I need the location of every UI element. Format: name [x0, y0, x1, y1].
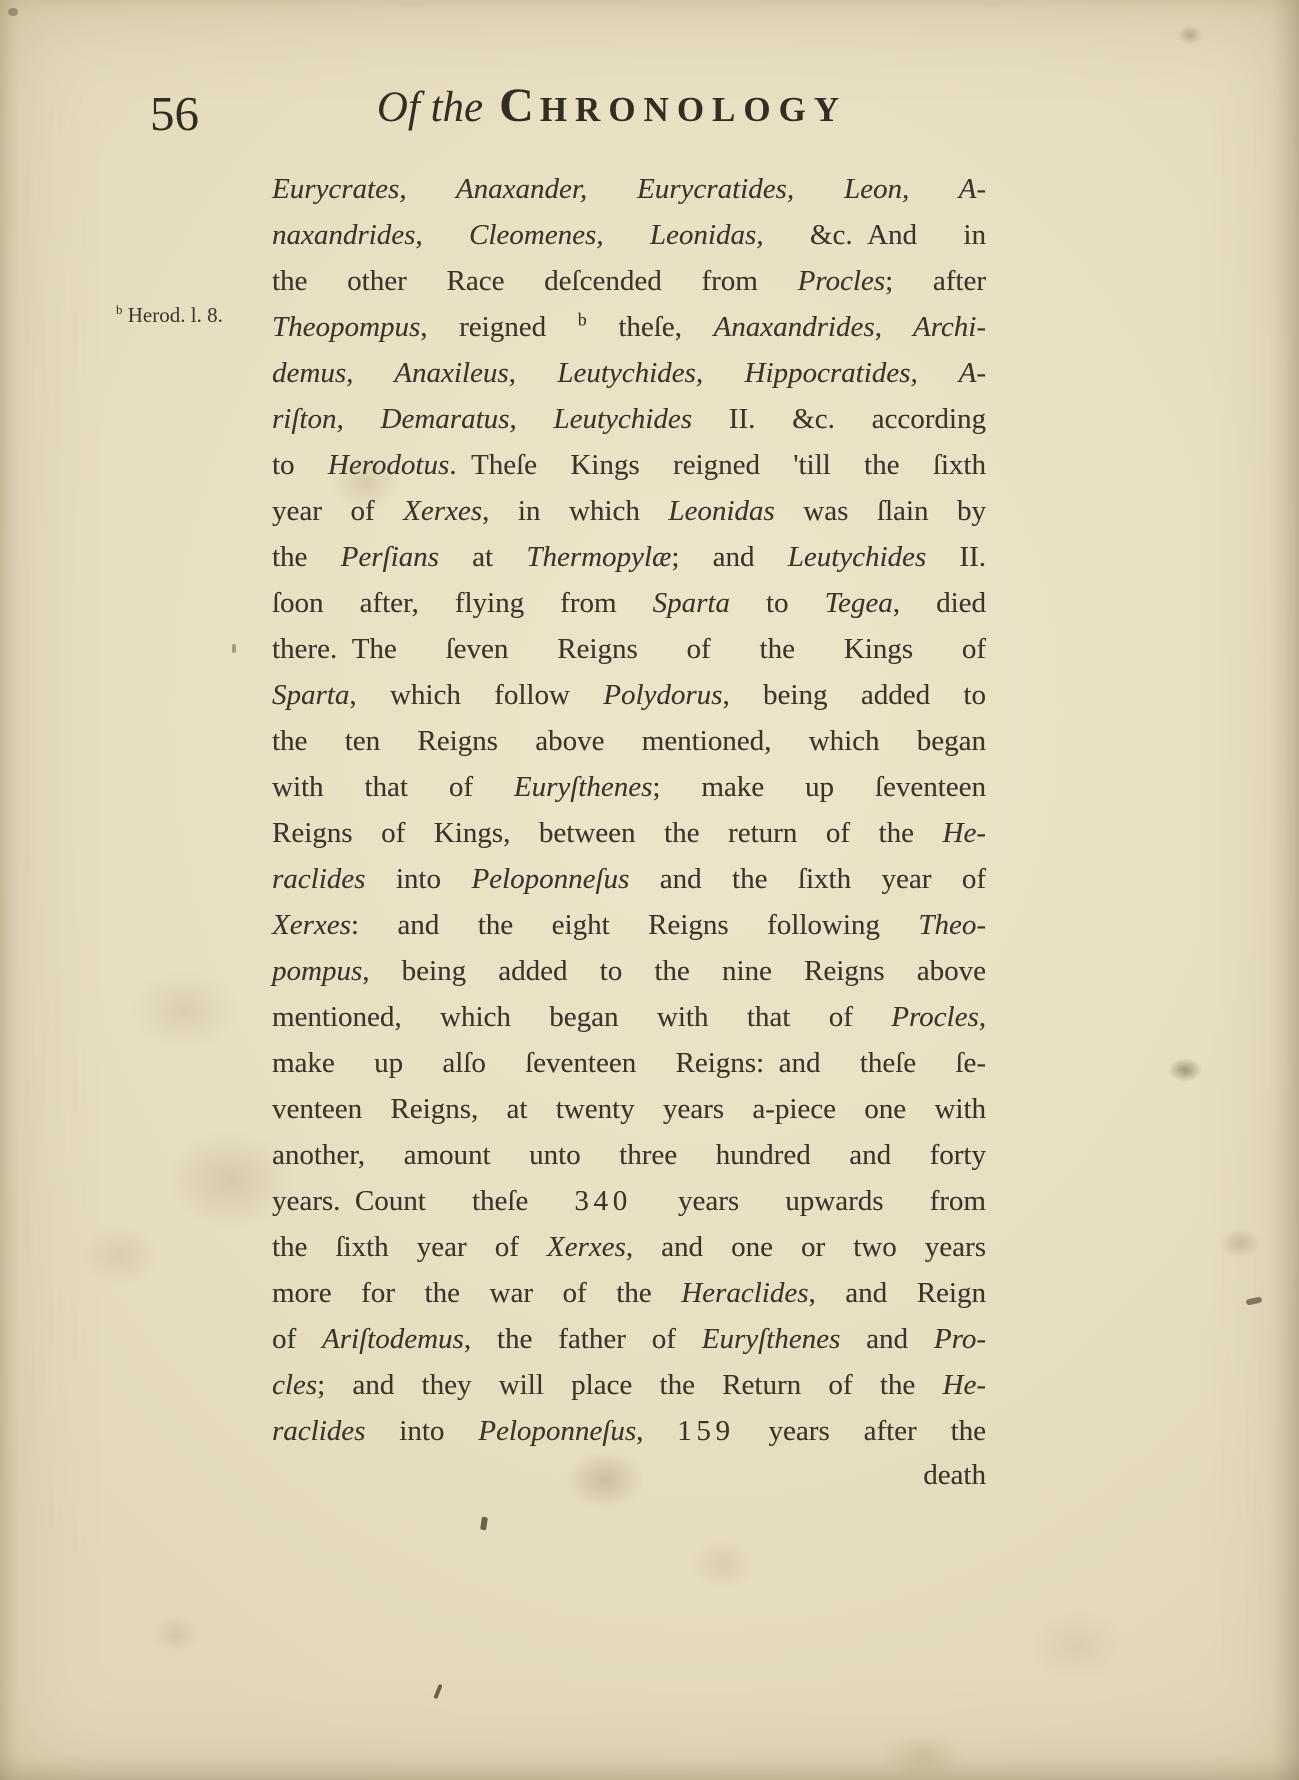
italic-text: Polydorus: [603, 679, 722, 711]
stain: [690, 1540, 755, 1588]
italic-text: raclides: [272, 863, 365, 895]
italic-text: He-: [943, 1369, 986, 1401]
text-line: the other Race deſcended from Procles; a…: [272, 258, 986, 304]
roman-text: ; and they will place the Return of the: [317, 1369, 942, 1401]
italic-text: Procles,: [891, 1001, 986, 1033]
roman-text: into: [365, 863, 471, 895]
text-line: pompus, being added to the nine Reigns a…: [272, 948, 986, 994]
stain: [130, 970, 240, 1050]
roman-text: year of: [272, 495, 403, 527]
roman-text: &c. And in: [764, 219, 986, 251]
italic-text: Xerxes: [403, 495, 482, 527]
italic-text: Peloponneſus: [471, 863, 629, 895]
roman-text: the other Race deſcended from: [272, 265, 798, 297]
italic-text: He-: [943, 817, 986, 849]
ink-speck: [1246, 1296, 1263, 1305]
roman-text: ; make up ſeventeen: [652, 771, 986, 803]
margin-note-ref-letter: b: [116, 302, 123, 317]
roman-text: Reigns of Kings, between the return of t…: [272, 817, 943, 849]
roman-text: another, amount unto three hundred and f…: [272, 1139, 986, 1171]
roman-text: , died: [893, 587, 986, 619]
stain: [1220, 1228, 1260, 1258]
roman-text: , which follow: [349, 679, 603, 711]
roman-text: ,: [636, 1415, 677, 1447]
roman-text: years. Count theſe: [272, 1185, 574, 1217]
page-edge-shadow-left: [0, 0, 18, 1780]
body-text: Eurycrates, Anaxander, Eurycratides, Leo…: [272, 166, 986, 1454]
ink-speck: [232, 644, 236, 653]
page-edge-shadow-right: [1271, 0, 1299, 1780]
roman-text: 340: [574, 1185, 631, 1217]
italic-text: Peloponneſus: [478, 1415, 636, 1447]
italic-text: Heraclides: [681, 1277, 808, 1309]
text-line: more for the war of the Heraclides, and …: [272, 1270, 986, 1316]
roman-text: the: [272, 541, 341, 573]
italic-text: Thermopylæ: [526, 541, 671, 573]
italic-text: Perſians: [341, 541, 439, 573]
roman-text: years upwards from: [632, 1185, 986, 1217]
text-line: the Perſians at Thermopylæ; and Leutychi…: [272, 534, 986, 580]
roman-text: mentioned, which began with that of: [272, 1001, 891, 1033]
text-line: to Herodotus. Theſe Kings reigned 'till …: [272, 442, 986, 488]
roman-text: , being added to the nine Reigns above: [362, 955, 986, 987]
stain: [1178, 26, 1202, 44]
text-line: Xerxes: and the eight Reigns following T…: [272, 902, 986, 948]
page-edge-shadow-bottom: [0, 1754, 1299, 1780]
italic-text: Ariſtodemus: [322, 1323, 464, 1355]
stain: [80, 1225, 160, 1285]
italic-text: Theopompus: [272, 311, 420, 343]
text-line: another, amount unto three hundred and f…: [272, 1132, 986, 1178]
footnote-ref: b: [578, 309, 587, 329]
italic-text: Procles: [798, 265, 886, 297]
roman-text: II.: [926, 541, 986, 573]
roman-text: , and Reign: [808, 1277, 986, 1309]
text-line: mentioned, which began with that of Proc…: [272, 994, 986, 1040]
italic-text: Sparta: [272, 679, 349, 711]
roman-text: ; after: [885, 265, 986, 297]
roman-text: , in which: [482, 495, 668, 527]
italic-text: Herodotus: [328, 449, 449, 481]
ink-speck: [433, 1684, 442, 1699]
roman-text: to: [730, 587, 825, 619]
roman-text: more for the war of the: [272, 1277, 681, 1309]
italic-text: raclides: [272, 1415, 365, 1447]
roman-text: was ſlain by: [775, 495, 986, 527]
roman-text: the ſixth year of: [272, 1231, 547, 1263]
text-line: years. Count theſe 340 years upwards fro…: [272, 1178, 986, 1224]
roman-text: and: [840, 1323, 934, 1355]
italic-text: Anaxandrides, Archi-: [714, 311, 986, 343]
roman-text: theſe,: [587, 311, 714, 343]
italic-text: Tegea: [825, 587, 893, 619]
roman-text: , reigned: [420, 311, 577, 343]
text-line: demus, Anaxileus, Leutychides, Hippocrat…: [272, 350, 986, 396]
text-line: raclides into Peloponneſus and the ſixth…: [272, 856, 986, 902]
text-line: Eurycrates, Anaxander, Eurycratides, Leo…: [272, 166, 986, 212]
italic-text: Xerxes: [272, 909, 351, 941]
italic-text: Leutychides: [788, 541, 927, 573]
roman-text: make up alſo ſeventeen Reigns: and theſe…: [272, 1047, 986, 1079]
roman-text: ſoon after, flying from: [272, 587, 653, 619]
text-line: Reigns of Kings, between the return of t…: [272, 810, 986, 856]
text-line: Theopompus, reigned b theſe, Anaxandride…: [272, 304, 986, 350]
text-line: with that of Euryſthenes; make up ſevent…: [272, 764, 986, 810]
page-number: 56: [150, 84, 199, 144]
italic-text: Theo-: [918, 909, 986, 941]
running-header-caps: HRONOLOGY: [540, 90, 847, 129]
italic-text: demus, Anaxileus, Leutychides, Hippocrat…: [272, 357, 986, 389]
stain: [1168, 1058, 1202, 1082]
italic-text: Xerxes: [547, 1231, 626, 1263]
text-line: there. The ſeven Reigns of the Kings of: [272, 626, 986, 672]
italic-text: Eurycrates, Anaxander, Eurycratides, Leo…: [272, 173, 986, 205]
roman-text: : and the eight Reigns following: [351, 909, 918, 941]
italic-text: Euryſthenes: [702, 1323, 841, 1355]
roman-text: at: [439, 541, 526, 573]
italic-text: cles: [272, 1369, 317, 1401]
roman-text: with that of: [272, 771, 514, 803]
text-line: venteen Reigns, at twenty years a-piece …: [272, 1086, 986, 1132]
roman-text: , and one or two years: [626, 1231, 986, 1263]
roman-text: of: [272, 1323, 322, 1355]
roman-text: , the father of: [464, 1323, 702, 1355]
margin-note: b Herod. l. 8.: [116, 303, 223, 328]
running-header-initial: C: [499, 79, 540, 132]
roman-text: into: [365, 1415, 478, 1447]
text-line: year of Xerxes, in which Leonidas was ſl…: [272, 488, 986, 534]
text-line: cles; and they will place the Return of …: [272, 1362, 986, 1408]
roman-text: the ten Reigns above mentioned, which be…: [272, 725, 986, 757]
italic-text: pompus: [272, 955, 362, 987]
text-line: the ſixth year of Xerxes, and one or two…: [272, 1224, 986, 1270]
catchword: death: [272, 1452, 986, 1498]
book-page: 56 Of theCHRONOLOGY b Herod. l. 8. Euryc…: [0, 0, 1299, 1780]
roman-text: there. The ſeven Reigns of the Kings of: [272, 633, 986, 665]
ink-speck: [480, 1517, 488, 1531]
running-header-italic: Of the: [377, 84, 483, 131]
roman-text: venteen Reigns, at twenty years a-piece …: [272, 1093, 986, 1125]
roman-text: , being added to: [722, 679, 986, 711]
stain: [152, 1615, 200, 1653]
italic-text: Euryſthenes: [514, 771, 653, 803]
roman-text: II. &c. according: [692, 403, 986, 435]
stain: [1030, 1610, 1125, 1682]
italic-text: Leonidas: [668, 495, 774, 527]
text-line: raclides into Peloponneſus, 159 years af…: [272, 1408, 986, 1454]
roman-text: ; and: [671, 541, 787, 573]
roman-text: and the ſixth year of: [629, 863, 986, 895]
text-line: of Ariſtodemus, the father of Euryſthene…: [272, 1316, 986, 1362]
margin-note-text: Herod. l. 8.: [128, 303, 223, 327]
roman-text: years after the: [735, 1415, 986, 1447]
running-header: Of theCHRONOLOGY: [255, 78, 969, 133]
roman-text: . Theſe Kings reigned 'till the ſixth: [449, 449, 986, 481]
italic-text: Sparta: [653, 587, 730, 619]
italic-text: naxandrides, Cleomenes, Leonidas,: [272, 219, 764, 251]
text-line: the ten Reigns above mentioned, which be…: [272, 718, 986, 764]
text-line: Sparta, which follow Polydorus, being ad…: [272, 672, 986, 718]
text-line: ſoon after, flying from Sparta to Tegea,…: [272, 580, 986, 626]
roman-text: to: [272, 449, 328, 481]
text-line: make up alſo ſeventeen Reigns: and theſe…: [272, 1040, 986, 1086]
roman-text: 159: [677, 1415, 734, 1447]
text-line: riſton, Demaratus, Leutychides II. &c. a…: [272, 396, 986, 442]
italic-text: Pro-: [934, 1323, 986, 1355]
italic-text: riſton, Demaratus, Leutychides: [272, 403, 692, 435]
text-line: naxandrides, Cleomenes, Leonidas, &c. An…: [272, 212, 986, 258]
